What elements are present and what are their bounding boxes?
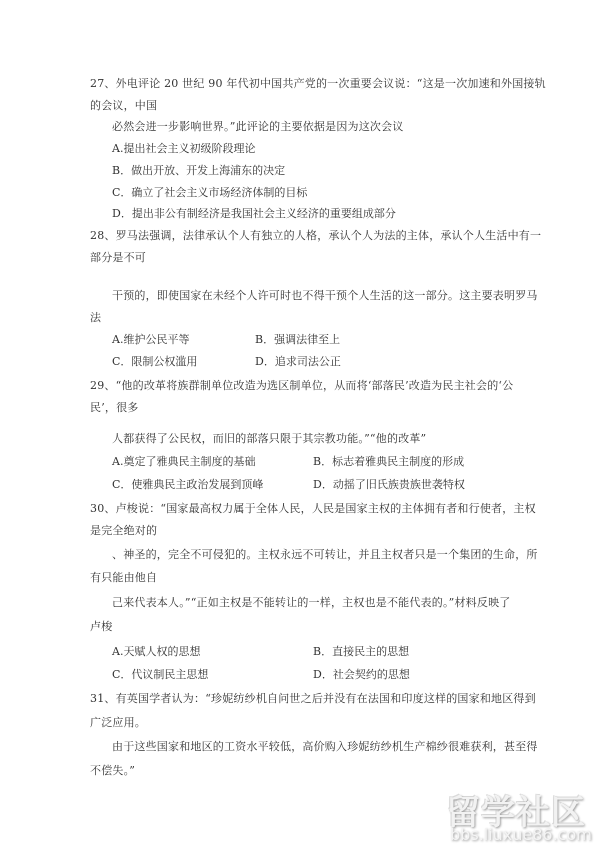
question-stem-line: 不偿失。” [90,764,135,778]
option-c: C．确立了社会主义市场经济体制的目标 [112,186,307,200]
watermark-url: bbs.liuxue86.com [450,825,592,844]
option-d: D．追求司法公正 [255,355,341,369]
question-stem-line: 31、有英国学者认为：“珍妮纺纱机自问世之后并没有在法国和印度这样的国家和地区得… [90,692,536,706]
question-stem-line: 卢梭 [90,620,112,634]
question-stem-line: 有只能由他自 [90,571,157,585]
question-stem-line: 必然会进一步影响世界。”此评论的主要依据是因为这次会议 [112,120,404,134]
question-stem-line: 、神圣的，完全不可侵犯的。主权永远不可转让，并且主权者只是一个集团的生命，所 [112,548,538,562]
option-a: A.提出社会主义初级阶段理论 [112,142,255,156]
question-stem-line: 干预的，即使国家在未经个人许可时也不得干预个人生活的这一部分。这主要表明罗马 [112,289,538,303]
option-b: B．直接民主的思想 [313,645,409,659]
option-a: A.维护公民平等 [112,333,189,347]
question-stem-line: 的会议，中国 [90,99,157,113]
question-stem-line: 30、卢梭说：“国家最高权力属于全体人民，人民是国家主权的主体拥有者和行使者，主… [90,502,536,516]
option-a: A.天赋人权的思想 [112,645,200,659]
question-stem-line: 27、外电评论 20 世纪 90 年代初中国共产党的一次重要会议说：“这是一次加… [90,77,546,91]
watermark-logo: 留学社区 bbs.liuxue86.com [440,785,590,845]
option-b: B．强调法律至上 [255,333,340,347]
question-stem-line: 是完全绝对的 [90,524,157,538]
question-stem-line: 己来代表本人。”“正如主权是不能转让的一样，主权也是不能代表的。”材料反映了 [112,596,510,610]
option-d: D．动摇了旧氏族贵族世袭特权 [313,478,465,492]
question-stem-line: 由于这些国家和地区的工资水平较低，高价购入珍妮纺纱机生产棉纱很难获利，甚至得 [112,740,538,754]
question-stem-line: 法 [90,311,101,325]
option-c: C．限制公权滥用 [112,355,197,369]
question-stem-line: 人都获得了公民权，而旧的部落只限于其宗教功能。”“他的改革” [112,432,426,446]
question-stem-line: 28、罗马法强调，法律承认个人有独立的人格，承认个人为法的主体，承认个人生活中有… [90,229,541,243]
question-stem-line: 广泛应用。 [90,716,146,730]
question-stem-line: 部分是不可 [90,251,146,265]
option-a: A.奠定了雅典民主制度的基础 [112,455,255,469]
question-stem-line: 29、“他的改革将族群制单位改造为选区制单位，从而将‘部落民’改造为民主社会的‘… [90,379,513,393]
option-c: C．代议制民主思想 [112,668,208,682]
option-c: C．使雅典民主政治发展到顶峰 [112,478,263,492]
option-b: B．标志着雅典民主制度的形成 [313,455,464,469]
question-stem-line: 民’，很多 [90,401,139,415]
option-d: D．提出非公有制经济是我国社会主义经济的重要组成部分 [112,207,396,221]
option-b: B．做出开放、开发上海浦东的决定 [112,164,285,178]
option-d: D．社会契约的思想 [313,668,410,682]
